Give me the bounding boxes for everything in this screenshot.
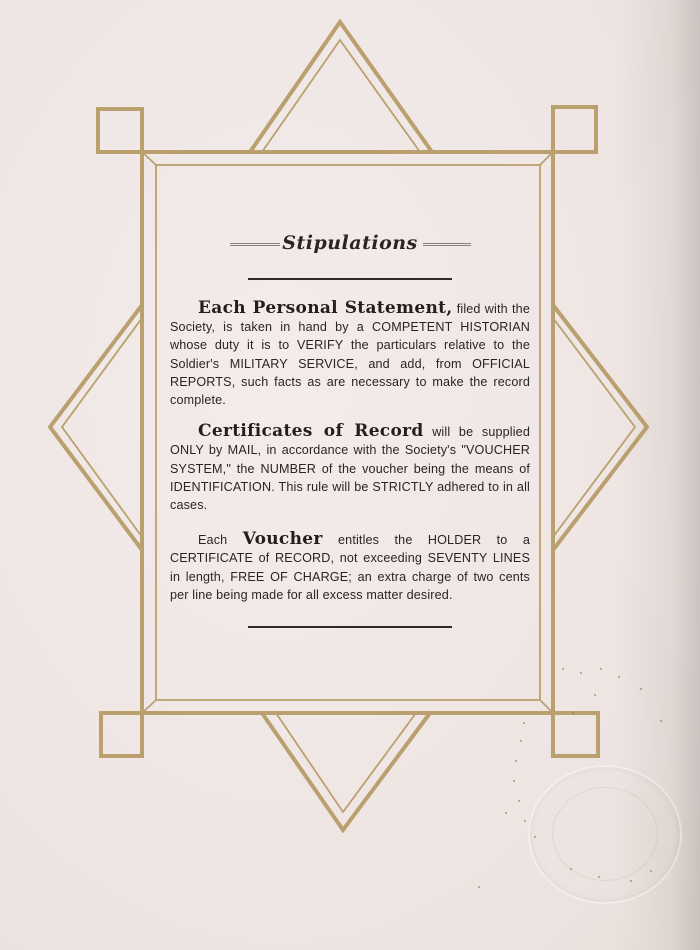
embossed-seal-inner-ring — [552, 787, 658, 881]
title-row: Stipulations — [170, 222, 530, 264]
title-rule-left — [230, 243, 280, 246]
paragraph-voucher: Each Voucher entitles the HOLDER to a CE… — [170, 530, 530, 604]
page-title: Stipulations — [278, 232, 422, 254]
left-chevron-ornament — [50, 305, 142, 550]
paragraph-lead: Each Personal Statement, — [198, 298, 452, 318]
top-triangle-ornament — [250, 22, 432, 152]
paragraph-lead: Certificates of Record — [198, 421, 424, 441]
divider-bottom — [248, 626, 452, 628]
divider-top — [248, 278, 452, 280]
paragraph-prefix: Each — [198, 533, 243, 547]
right-chevron-ornament — [553, 305, 647, 550]
stipulations-text-block: Stipulations Each Personal Statement, fi… — [170, 222, 530, 628]
paragraph-body: filed with the Society, is taken in hand… — [170, 302, 530, 407]
embossed-seal — [528, 765, 682, 904]
paragraph-certificates-of-record: Certificates of Record will be supplied … — [170, 422, 530, 514]
paragraph-personal-statement: Each Personal Statement, filed with the … — [170, 299, 530, 409]
bottom-triangle-ornament — [262, 713, 430, 830]
paragraph-lead: Voucher — [243, 529, 323, 549]
title-rule-right — [423, 243, 471, 246]
